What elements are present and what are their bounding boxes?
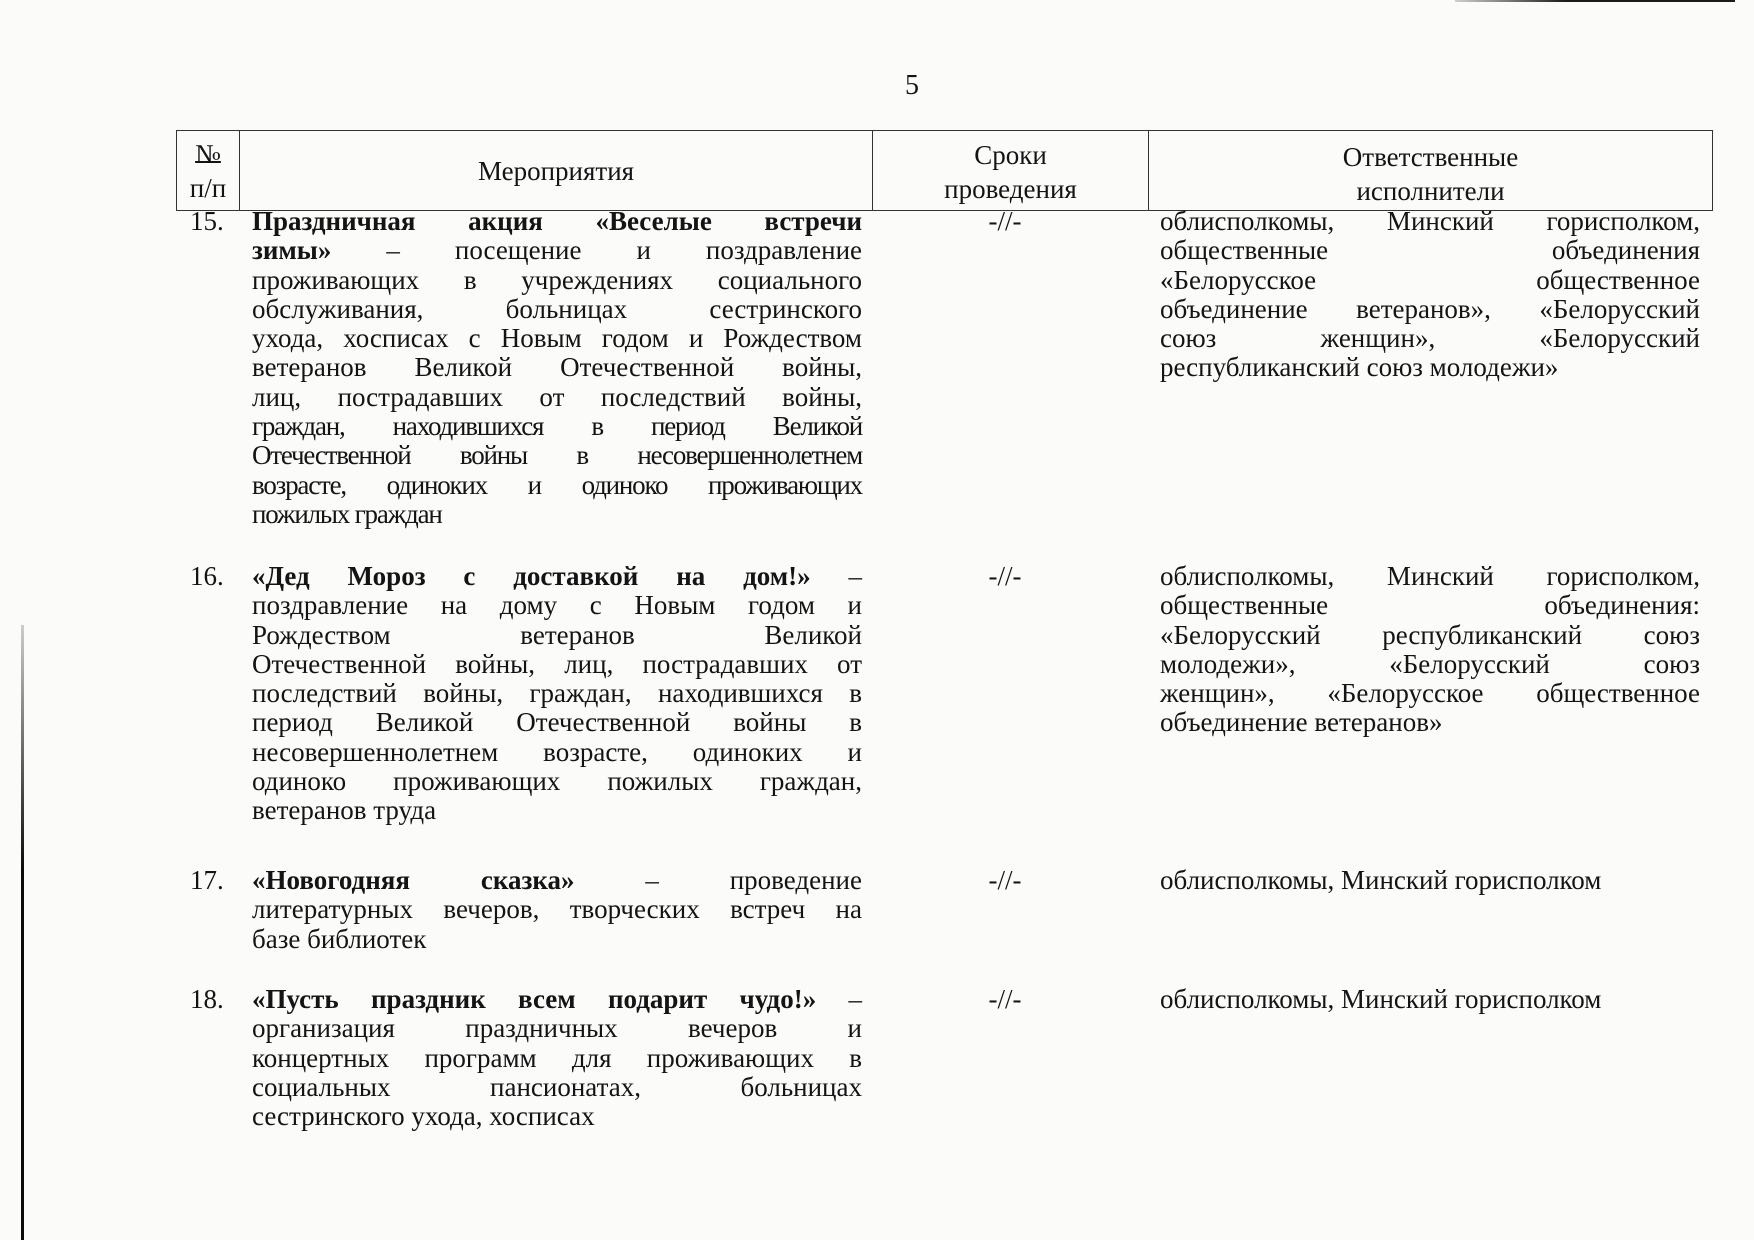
row-responsible: облисполкомы, Минский горисполком,общест… bbox=[1160, 207, 1700, 383]
row-activity: «Пусть праздник всем подарит чудо!» –орг… bbox=[252, 985, 862, 1131]
activity-line: обслуживания, больницах сестринского bbox=[252, 295, 862, 324]
activity-line: последствий войны, граждан, находившихся… bbox=[252, 679, 862, 708]
responsible-line: «Белорусский республиканский союз bbox=[1160, 621, 1700, 650]
header-number-line-2: п/п bbox=[177, 171, 239, 205]
responsible-line: объединение ветеранов» bbox=[1160, 708, 1700, 737]
activity-line: проживающих в учреждениях социального bbox=[252, 266, 862, 295]
row-activity: «Новогодняя сказка» – проведениелитерату… bbox=[252, 866, 862, 954]
activity-line: пожилых граждан bbox=[252, 500, 862, 529]
row-activity: «Дед Мороз с доставкой на дом!» –поздрав… bbox=[252, 562, 862, 826]
header-number: № п/п bbox=[177, 131, 240, 211]
activity-title: Праздничная акция «Веселые встречи bbox=[252, 206, 862, 236]
activity-line: базе библиотек bbox=[252, 925, 862, 954]
header-responsible-line-2: исполнители bbox=[1149, 174, 1712, 208]
activity-line: поздравление на дому с Новым годом и bbox=[252, 591, 862, 620]
responsible-line: облисполкомы, Минский горисполком bbox=[1160, 866, 1700, 895]
activity-line: ветеранов труда bbox=[252, 796, 862, 825]
activity-line: «Пусть праздник всем подарит чудо!» – bbox=[252, 985, 862, 1014]
responsible-line: общественные объединения bbox=[1160, 236, 1700, 265]
row-activity: Праздничная акция «Веселые встречизимы» … bbox=[252, 207, 862, 529]
row-dates: -//- bbox=[960, 985, 1050, 1014]
activity-line: Отечественной войны в несовершеннолетнем bbox=[252, 441, 862, 470]
scan-artifact-left-edge bbox=[21, 625, 24, 1240]
row-number: 18. bbox=[190, 985, 224, 1014]
header-responsible-line-1: Ответственные bbox=[1149, 140, 1712, 174]
activity-line: период Великой Отечественной войны в bbox=[252, 708, 862, 737]
header-dates-line-2: проведения bbox=[873, 172, 1148, 206]
activity-line: концертных программ для проживающих в bbox=[252, 1044, 862, 1073]
responsible-line: «Белорусское общественное bbox=[1160, 266, 1700, 295]
responsible-line: объединение ветеранов», «Белорусский bbox=[1160, 295, 1700, 324]
activity-line: сестринского ухода, хосписах bbox=[252, 1102, 862, 1131]
responsible-line: облисполкомы, Минский горисполком, bbox=[1160, 207, 1700, 236]
header-activities: Мероприятия bbox=[240, 131, 873, 211]
row-number: 16. bbox=[190, 562, 224, 591]
row-dates: -//- bbox=[960, 562, 1050, 591]
activity-line: «Новогодняя сказка» – проведение bbox=[252, 866, 862, 895]
activity-title: «Новогодняя сказка» bbox=[252, 865, 574, 895]
activity-line: Праздничная акция «Веселые встречи bbox=[252, 207, 862, 236]
row-responsible: облисполкомы, Минский горисполком,общест… bbox=[1160, 562, 1700, 738]
header-dates: Сроки проведения bbox=[873, 131, 1149, 211]
activity-title: «Дед Мороз с доставкой на дом!» bbox=[252, 561, 811, 591]
activity-line: Рождеством ветеранов Великой bbox=[252, 621, 862, 650]
activity-line: несовершеннолетнем возрасте, одиноких и bbox=[252, 738, 862, 767]
activity-title: «Пусть праздник всем подарит чудо!» bbox=[252, 984, 816, 1014]
responsible-line: молодежи», «Белорусский союз bbox=[1160, 650, 1700, 679]
row-number: 15. bbox=[190, 207, 224, 236]
activity-line: организация праздничных вечеров и bbox=[252, 1014, 862, 1043]
responsible-line: облисполкомы, Минский горисполком, bbox=[1160, 562, 1700, 591]
activity-line: зимы» – посещение и поздравление bbox=[252, 236, 862, 265]
row-responsible: облисполкомы, Минский горисполком bbox=[1160, 985, 1700, 1014]
row-dates: -//- bbox=[960, 207, 1050, 236]
activity-line: одиноко проживающих пожилых граждан, bbox=[252, 767, 862, 796]
row-dates: -//- bbox=[960, 866, 1050, 895]
responsible-line: облисполкомы, Минский горисполком bbox=[1160, 985, 1700, 1014]
activity-line: лиц, пострадавших от последствий войны, bbox=[252, 383, 862, 412]
header-dates-line-1: Сроки bbox=[873, 138, 1148, 172]
table-header: № п/п Мероприятия Сроки проведения Ответ… bbox=[176, 130, 1713, 211]
activity-line: возрасте, одиноких и одиноко проживающих bbox=[252, 471, 862, 500]
page-number: 5 bbox=[905, 70, 919, 102]
row-number: 17. bbox=[190, 866, 224, 895]
responsible-line: республиканский союз молодежи» bbox=[1160, 353, 1700, 382]
activity-line: Отечественной войны, лиц, пострадавших о… bbox=[252, 650, 862, 679]
responsible-line: союз женщин», «Белорусский bbox=[1160, 324, 1700, 353]
activity-line: ветеранов Великой Отечественной войны, bbox=[252, 353, 862, 382]
responsible-line: общественные объединения: bbox=[1160, 591, 1700, 620]
activity-line: граждан, находившихся в период Великой bbox=[252, 412, 862, 441]
activity-line: социальных пансионатах, больницах bbox=[252, 1073, 862, 1102]
activity-line: ухода, хосписах с Новым годом и Рождеств… bbox=[252, 324, 862, 353]
responsible-line: женщин», «Белорусское общественное bbox=[1160, 679, 1700, 708]
row-responsible: облисполкомы, Минский горисполком bbox=[1160, 866, 1700, 895]
activity-line: «Дед Мороз с доставкой на дом!» – bbox=[252, 562, 862, 591]
activity-line: литературных вечеров, творческих встреч … bbox=[252, 895, 862, 924]
activity-title: зимы» bbox=[252, 235, 331, 265]
header-number-line-1: № bbox=[177, 137, 239, 171]
header-responsible: Ответственные исполнители bbox=[1149, 131, 1713, 211]
scan-artifact-top-line bbox=[1455, 0, 1735, 2]
